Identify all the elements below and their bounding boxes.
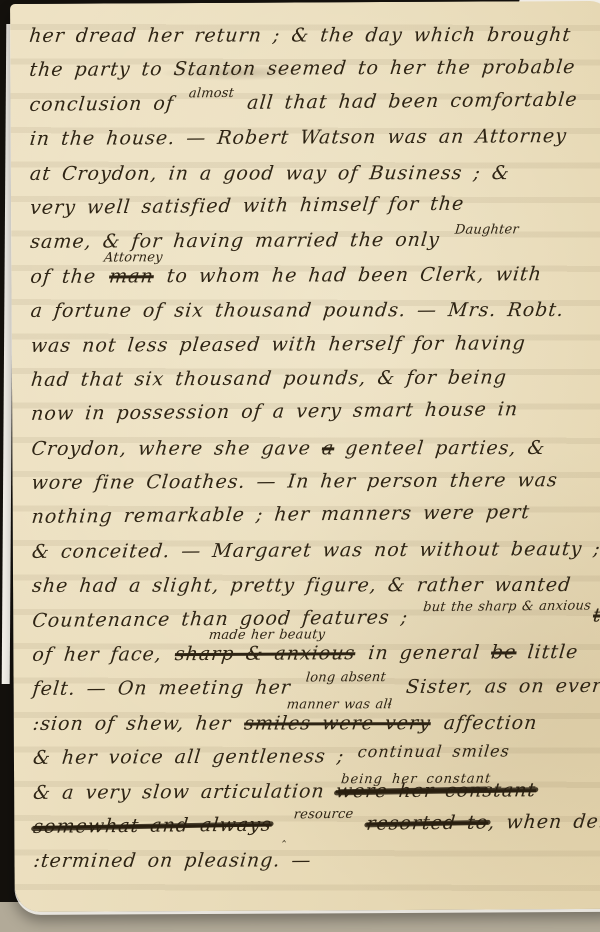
deleted-text: smiles were very xyxy=(243,712,432,734)
correction: made her beautysharp & anxious xyxy=(173,636,357,671)
inserted-text: but the sharp & anxious xyxy=(423,599,592,614)
correction: manner was allsmiles were very xyxy=(242,706,432,741)
manuscript-line: nothing remarkable ; her manners were pe… xyxy=(30,495,600,535)
text-segment: now in possession of a very smart house … xyxy=(30,399,519,426)
text-segment: felt. — On meeting her xyxy=(32,677,303,700)
text-segment: conclusion of xyxy=(29,92,186,116)
text-segment: genteel parties, & xyxy=(333,437,546,459)
text-segment: little xyxy=(515,641,579,663)
manuscript-line: & conceited. — Margaret was not without … xyxy=(30,532,600,569)
manuscript-line: :termined on pleasing. — xyxy=(32,843,600,878)
text-segment: had that six thousand pounds, & for bein… xyxy=(30,366,508,391)
inserted-text: long absent xyxy=(305,671,386,684)
text-segment: in the house. — Robert Watson was an Att… xyxy=(29,125,568,150)
manuscript-line: the party to Stanton seemed to her the p… xyxy=(28,50,600,87)
manuscript-line: & a very slow articulation were her cons… xyxy=(31,772,600,809)
manuscript-page: her dread her return ; & the day which b… xyxy=(10,1,600,912)
inserted-text: manner was all xyxy=(286,699,393,711)
manuscript-line: somewhat and always ‸resource resorted t… xyxy=(32,804,600,844)
text-segment: affection xyxy=(432,712,539,734)
text-segment: & conceited. — Margaret was not without … xyxy=(31,538,600,563)
manuscript-line: & her voice all gentleness ; continual s… xyxy=(31,738,600,775)
text-segment: a fortune of six thousand pounds. — Mrs.… xyxy=(30,299,566,322)
text-segment: to whom he had been Clerk, with xyxy=(155,263,543,287)
manuscript-line: a fortune of six thousand pounds. — Mrs.… xyxy=(29,293,600,328)
manuscript-line: in the house. — Robert Watson was an Att… xyxy=(28,119,600,156)
text-segment: of the xyxy=(29,265,108,287)
text-segment: she had a slight, pretty figure, & rathe… xyxy=(31,574,572,597)
manuscript-line: she had a slight, pretty figure, & rathe… xyxy=(30,568,600,603)
text-segment: the party to Stanton seemed to her the p… xyxy=(28,56,576,81)
text-segment: in general xyxy=(356,642,492,665)
text-segment: , when de: xyxy=(487,810,600,833)
text-segment: of her face, xyxy=(31,643,174,666)
deleted-text: somewhat and always xyxy=(32,814,272,838)
inserted-text: resource xyxy=(293,808,354,822)
manuscript-line: her dread her return ; & the day which b… xyxy=(28,18,600,53)
text-segment: & a very slow articulation xyxy=(32,780,337,804)
text-segment: :sion of shew, her xyxy=(32,712,244,734)
text-segment: very well satisfied with himself for the xyxy=(29,193,465,219)
deleted-text: sharp & anxious xyxy=(174,642,357,665)
manuscript-line: very well satisfied with himself for the xyxy=(28,185,600,225)
text-segment: same, & for having married the only xyxy=(29,229,452,253)
manuscript-line: of the Attorneyman to whom he had been C… xyxy=(29,257,600,294)
manuscript-line: Croydon, where she gave a genteel partie… xyxy=(30,431,600,466)
deleted-text: man xyxy=(108,265,155,287)
inserted-text: continual smiles xyxy=(357,744,511,761)
text-segment: at Croydon, in a good way of Business ; … xyxy=(29,162,511,185)
text-segment: Sister, as on every occa: xyxy=(394,675,600,699)
inserted-text: Daughter xyxy=(454,224,519,237)
manuscript-photo: her dread her return ; & the day which b… xyxy=(0,0,600,932)
text-segment: was not less pleased with herself for ha… xyxy=(30,332,527,357)
text-segment: nothing remarkable ; her manners were pe… xyxy=(31,502,531,529)
manuscript-line: of her face, made her beautysharp & anxi… xyxy=(31,635,600,672)
inserted-text: almost xyxy=(188,87,234,100)
text-segment: her dread her return ; & the day which b… xyxy=(28,24,572,47)
inserted-text: made her beauty xyxy=(208,629,326,642)
deleted-text: the xyxy=(592,604,600,626)
text-segment: wore fine Cloathes. — In her person ther… xyxy=(31,469,559,494)
deleted-text: were her constant xyxy=(335,779,538,802)
manuscript-line: was not less pleased with herself for ha… xyxy=(29,325,600,362)
manuscript-line: conclusion of almost all that had been c… xyxy=(28,82,600,122)
text-segment: all that had been comfortable xyxy=(235,88,578,113)
deleted-text: resorted to xyxy=(365,812,489,835)
text-segment: Croydon, where she gave xyxy=(30,437,323,460)
text-segment: :termined on pleasing. — xyxy=(32,850,312,872)
deleted-text: be xyxy=(490,641,518,663)
inserted-text: Attorney xyxy=(103,252,163,264)
manuscript-line: now in possession of a very smart house … xyxy=(30,392,600,432)
correction: Attorneyman xyxy=(107,259,155,294)
text-segment: & her voice all gentleness ; xyxy=(32,745,357,769)
manuscript-line: :sion of shew, her manner was allsmiles … xyxy=(31,706,600,741)
manuscript-text: her dread her return ; & the day which b… xyxy=(10,1,600,879)
